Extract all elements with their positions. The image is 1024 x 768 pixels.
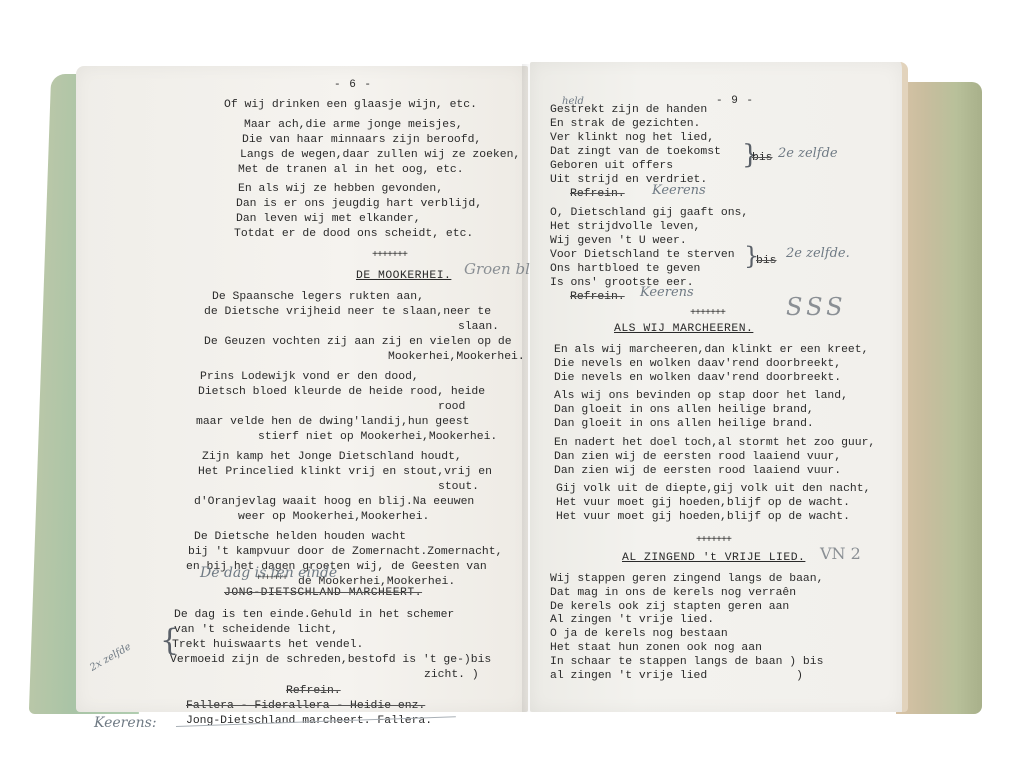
separator: +++++++ [372, 248, 407, 264]
pencil-annotation: Keerens: [94, 716, 157, 732]
text-line: Dietsch bloed kleurde de heide rood, hei… [198, 385, 485, 401]
text-line: Langs de wegen,daar zullen wij ze zoeken… [240, 148, 520, 164]
text-line: Of wij drinken een glaasje wijn, etc. [224, 98, 477, 114]
text-line: al zingen 't vrije lied ) [550, 669, 803, 685]
bis-marker: bis [752, 151, 773, 167]
text-line: Maar ach,die arme jonge meisjes, [244, 118, 463, 134]
text-line: Dan gloeit in ons allen heilige brand. [554, 417, 814, 433]
text-line: De dag is ten einde.Gehuld in het scheme… [174, 608, 454, 624]
separator: +++++++ [696, 533, 731, 549]
text-line: rood [438, 400, 465, 416]
text-line: Trekt huiswaarts het vendel. [172, 638, 363, 654]
text-line: Fallera - Fiderallera - Heidie enz. [186, 699, 425, 715]
pencil-annotation: Keerens [652, 183, 706, 199]
text-line: Dan zien wij de eersten rood laaiend vuu… [554, 464, 841, 480]
pencil-annotation: 2e zelfde [778, 146, 838, 162]
pencil-annotation: 2x zelfde [87, 640, 134, 676]
text-line: slaan. [458, 320, 499, 336]
text-line: maar velde hen de dwing'landij,hun geest [196, 415, 469, 431]
text-line: stierf niet op Mookerhei,Mookerhei. [258, 430, 497, 446]
text-line: Die van haar minnaars zijn beroofd, [242, 133, 481, 149]
song-title: DE MOOKERHEI. [356, 269, 451, 285]
pencil-annotation: VN 2 [820, 546, 861, 562]
pencil-annotation: Keerens [640, 285, 694, 301]
refrain-label: Refrein. [570, 187, 625, 203]
text-line: Met de tranen al in het oog, etc. [238, 163, 464, 179]
text-line: Dan leven wij met elkander, [236, 212, 421, 228]
refrain-label: Refrein. [570, 290, 625, 306]
song-title: ALS WIJ MARCHEEREN. [614, 322, 753, 338]
text-line: Zijn kamp het Jonge Dietschland houdt, [202, 450, 462, 466]
text-line: Het vuur moet gij hoeden,blijf op de wac… [556, 510, 850, 526]
text-line: Die nevels en wolken daav'rend doorbreek… [554, 371, 841, 387]
right-page: - 9 - held Gestrekt zijn de handen En st… [530, 62, 908, 712]
text-line: van 't scheidende licht, [174, 623, 338, 639]
page-number: - 9 - [716, 94, 754, 110]
text-line: Dan is er ons jeugdig hart verblijd, [236, 197, 482, 213]
separator: +++++++ [690, 306, 725, 322]
refrain-label: Refrein. [286, 684, 341, 700]
text-line: Totdat er de dood ons scheidt, etc. [234, 227, 473, 243]
text-line: En als wij ze hebben gevonden, [238, 182, 443, 198]
song-title: AL ZINGEND 't VRIJE LIED. [622, 551, 805, 567]
pencil-annotation: S S S [786, 300, 841, 316]
text-line: De Dietsche helden houden wacht [194, 530, 406, 546]
booklet-cover-right-edge [896, 82, 982, 714]
text-line: De Geuzen vochten zij aan zij en vielen … [204, 335, 512, 351]
song-title: JONG-DIETSCHLAND MARCHEERT. [224, 586, 422, 602]
page-number: - 6 - [334, 78, 372, 94]
pencil-annotation: De dag is ten einde [200, 566, 337, 582]
text-line: de Dietsche vrijheid neer te slaan,neer … [204, 305, 491, 321]
text-line: stout. [438, 480, 479, 496]
text-line: Prins Lodewijk vond er den dood, [200, 370, 419, 386]
text-line: Het Princelied klinkt vrij en stout,vrij… [198, 465, 492, 481]
text-line: zicht. ) [424, 668, 479, 684]
text-line: Vermoeid zijn de schreden,bestofd is 't … [170, 653, 491, 669]
text-line: bij 't kampvuur door de Zomernacht.Zomer… [188, 545, 502, 561]
text-line: d'Oranjevlag waait hoog en blij.Na eeuwe… [194, 495, 474, 511]
text-line: Mookerhei,Mookerhei. [388, 350, 525, 366]
left-page: - 6 - Of wij drinken een glaasje wijn, e… [76, 66, 528, 712]
pencil-annotation: 2e zelfde. [786, 246, 850, 262]
text-line: weer op Mookerhei,Mookerhei. [238, 510, 429, 526]
text-line: De Spaansche legers rukten aan, [212, 290, 424, 306]
bis-marker: bis [756, 254, 777, 270]
